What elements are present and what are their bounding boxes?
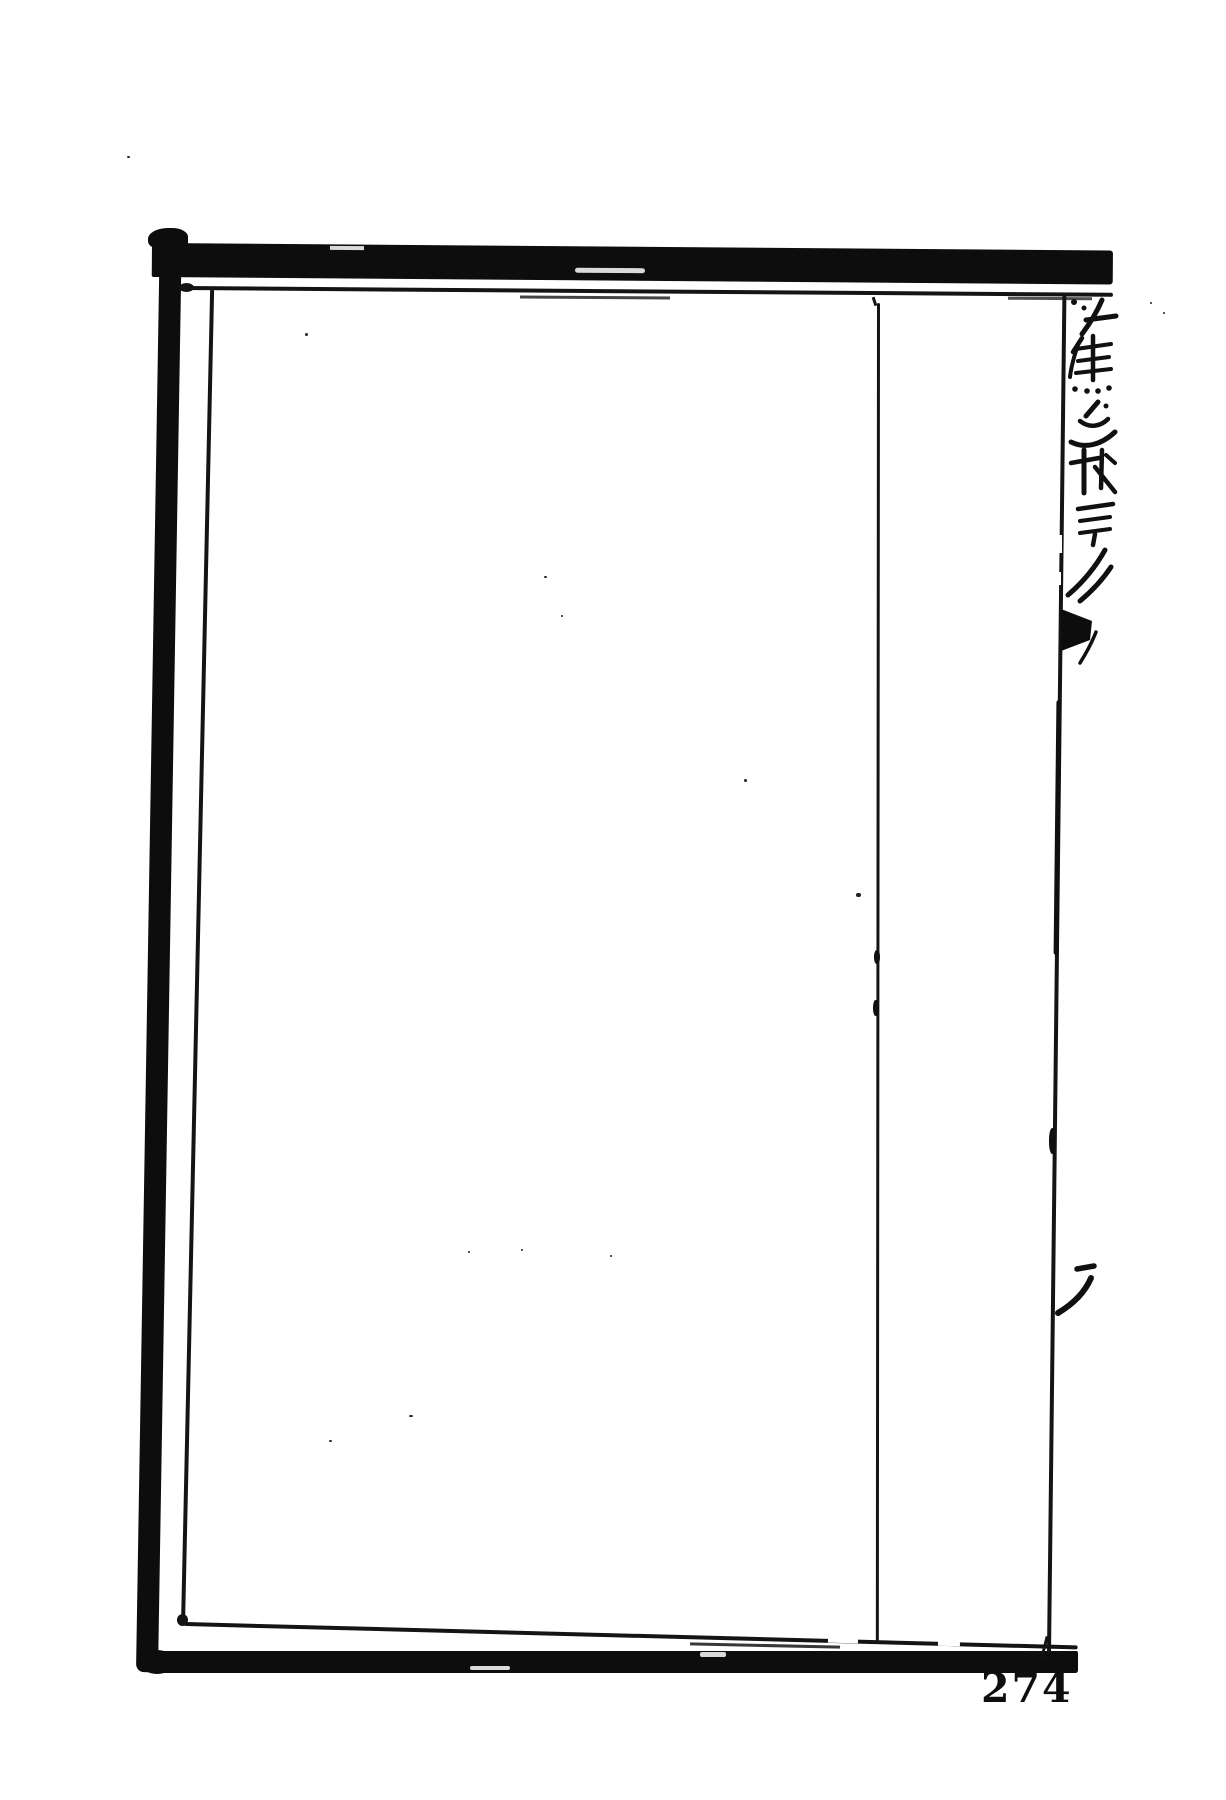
cjk-fragment-column: [1040, 278, 1226, 728]
inner-border-top: [183, 286, 1113, 297]
dust-speck: [744, 779, 747, 782]
ink-tick: [872, 297, 877, 306]
page-number: 274: [981, 1668, 1061, 1709]
dust-speck: [561, 615, 563, 617]
ink-blob: [1054, 700, 1062, 955]
dust-speck: [1150, 302, 1152, 304]
ink-blob: [1049, 1128, 1056, 1154]
dust-speck: [521, 1249, 523, 1251]
cjk-fragment-5: [1078, 504, 1113, 545]
dust-speck: [610, 1255, 612, 1257]
ink-blob: [874, 950, 880, 964]
print-gap: [938, 1638, 960, 1647]
dust-speck: [409, 1415, 413, 1417]
ink-blob-corner-topleft: [148, 228, 188, 250]
dust-speck: [544, 576, 547, 578]
print-nick: [700, 1652, 726, 1657]
print-gap: [828, 1635, 858, 1644]
cjk-fragment-4: [1071, 450, 1115, 493]
ink-wedge: [1061, 609, 1096, 663]
print-nick: [575, 268, 645, 273]
dust-speck: [329, 1440, 332, 1442]
ink-blob-corner-bottomleft: [140, 1650, 174, 1674]
cjk-fragment-1: [1071, 299, 1116, 334]
dust-speck: [305, 333, 308, 336]
ink-blob: [873, 1000, 879, 1016]
print-nick: [330, 246, 364, 250]
outer-border-left: [136, 234, 182, 1672]
cjk-fragment-6: [1068, 550, 1111, 601]
cjk-fragment-3: [1071, 402, 1115, 445]
cjk-fragment-2: [1070, 336, 1112, 394]
outer-border-top: [152, 243, 1113, 285]
dust-speck: [1163, 312, 1165, 314]
column-divider-line: [876, 303, 880, 1641]
dust-speck: [468, 1251, 470, 1253]
dust-speck: [127, 156, 130, 158]
cjk-fragment-lower: [1050, 1258, 1110, 1328]
inner-border-top-echo: [520, 295, 670, 299]
print-nick: [470, 1666, 510, 1670]
inner-border-bottom-echo: [690, 1642, 840, 1648]
dust-speck: [856, 893, 861, 897]
ink-blob: [179, 283, 194, 292]
outer-border-bottom: [142, 1651, 1078, 1673]
inner-border-left: [181, 289, 214, 1625]
scanned-page: 274: [0, 0, 1226, 1800]
